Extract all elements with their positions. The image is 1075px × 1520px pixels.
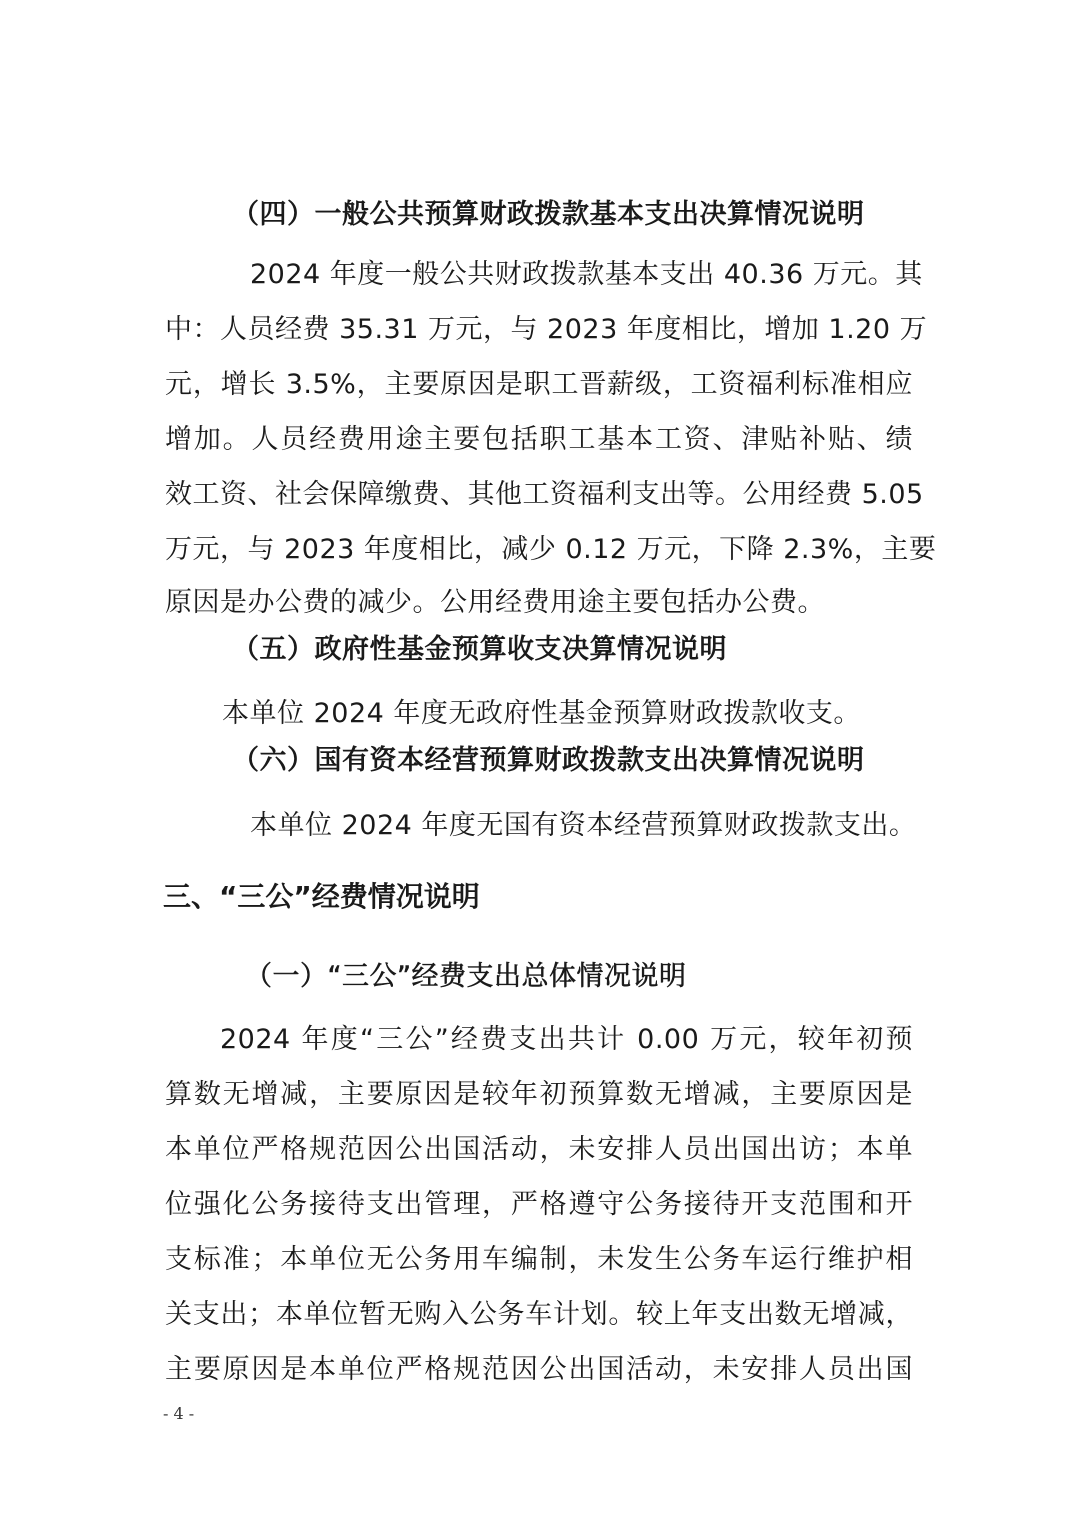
subsection-heading-1: （一）“三公”经费支出总体情况说明 [245, 957, 993, 997]
paragraph-line: 增加。人员经费用途主要包括职工基本工资、津贴补贴、绩 [165, 420, 913, 460]
paragraph-line: 支标准；本单位无公务用车编制，未发生公务车运行维护相 [165, 1240, 913, 1280]
paragraph-line: 主要原因是本单位严格规范因公出国活动，未安排人员出国 [165, 1350, 913, 1390]
paragraph-line: 算数无增减，主要原因是较年初预算数无增减，主要原因是 [165, 1075, 913, 1115]
section-heading-6: （六）国有资本经营预算财政拨款支出决算情况说明 [232, 741, 980, 781]
paragraph-line: 位强化公务接待支出管理，严格遵守公务接待开支范围和开 [165, 1185, 913, 1225]
paragraph-line: 关支出；本单位暂无购入公务车计划。较上年支出数无增减， [165, 1295, 913, 1335]
paragraph-line: 本单位严格规范因公出国活动，未安排人员出国出访；本单 [165, 1130, 913, 1170]
paragraph-line: 2024 年度一般公共财政拨款基本支出 40.36 万元。其 [250, 255, 913, 295]
paragraph-line: 2024 年度“三公”经费支出共计 0.00 万元，较年初预 [220, 1020, 913, 1060]
paragraph-line: 本单位 2024 年度无政府性基金预算财政拨款收支。 [222, 694, 970, 734]
paragraph-line: 万元，与 2023 年度相比，减少 0.12 万元，下降 2.3%，主要 [165, 530, 913, 570]
part-heading-3: 三、“三公”经费情况说明 [163, 877, 911, 917]
paragraph-line: 元，增长 3.5%，主要原因是职工晋薪级，工资福利标准相应 [165, 365, 913, 405]
page-number: - 4 - [163, 1404, 194, 1423]
paragraph-line: 中：人员经费 35.31 万元，与 2023 年度相比，增加 1.20 万 [165, 310, 913, 350]
paragraph-line: 效工资、社会保障缴费、其他工资福利支出等。公用经费 5.05 [165, 475, 913, 515]
paragraph-line: 原因是办公费的减少。公用经费用途主要包括办公费。 [165, 583, 913, 623]
paragraph-line: 本单位 2024 年度无国有资本经营预算财政拨款支出。 [250, 806, 998, 846]
document-page: （四）一般公共预算财政拨款基本支出决算情况说明 2024 年度一般公共财政拨款基… [0, 0, 1075, 1520]
section-heading-4: （四）一般公共预算财政拨款基本支出决算情况说明 [232, 195, 980, 235]
section-heading-5: （五）政府性基金预算收支决算情况说明 [232, 630, 980, 670]
